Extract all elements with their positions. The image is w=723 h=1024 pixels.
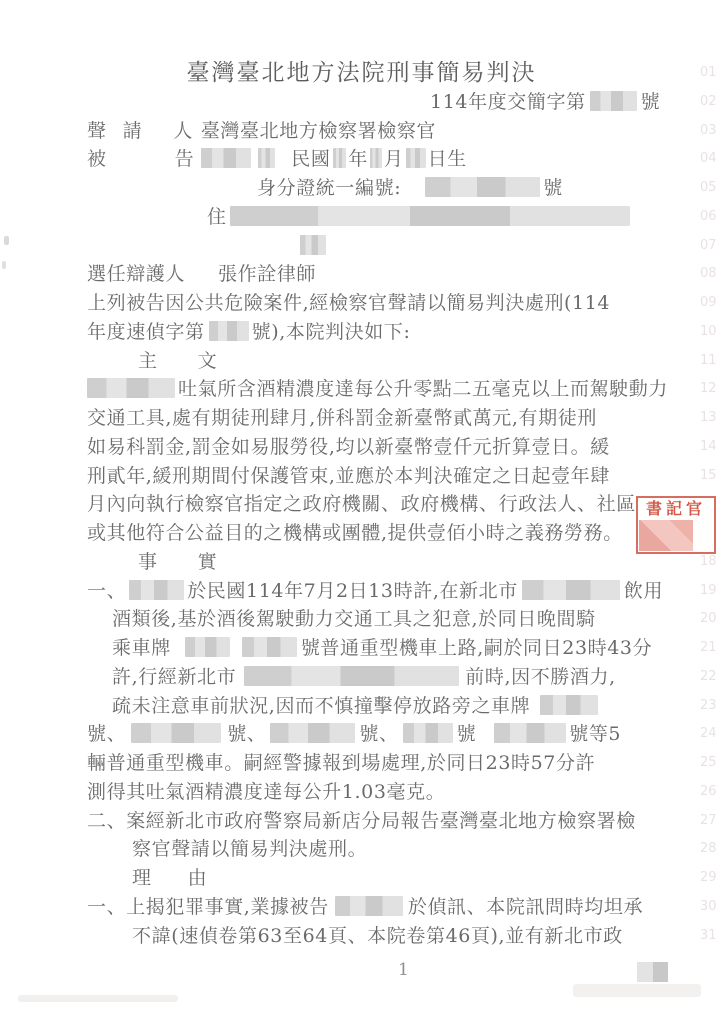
line-number: 30 — [700, 893, 717, 922]
redaction-block — [258, 148, 275, 168]
text-segment: 號 — [641, 91, 661, 113]
spacer — [107, 135, 123, 137]
text-segment: 年 — [348, 148, 368, 170]
doc-line-10: 年度速偵字第號),本院判決如下:10 — [0, 318, 723, 347]
doc-line-26: 測得其吐氣酒精濃度達每公升1.03毫克。26 — [0, 778, 723, 807]
line-number: 26 — [700, 778, 717, 807]
redaction-block — [370, 148, 382, 168]
text-segment: 一、上揭犯罪事實,業據被告 — [87, 896, 329, 918]
text-segment: 請 — [123, 120, 143, 142]
text-segment: 察官聲請以簡易判決處刑。 — [132, 838, 367, 860]
text-segment: 選任辯護人 — [87, 263, 185, 285]
doc-line-20: 酒類後,基於酒後駕駛動力交通工具之犯意,於同日晚間騎20 — [0, 605, 723, 634]
text-segment: 張作詮律師 — [218, 263, 316, 285]
line-number: 10 — [700, 318, 717, 347]
doc-line-31: 不諱(速偵卷第63至64頁、本院卷第46頁),並有新北市政31 — [0, 922, 723, 951]
text-segment: 號 — [457, 723, 477, 745]
text-segment: 飲用 — [624, 580, 663, 602]
doc-line-15: 刑貳年,緩刑期間付保護管束,並應於本判決確定之日起壹年肆15 — [0, 462, 723, 491]
redaction-block — [522, 580, 620, 600]
line-number: 01 — [700, 59, 717, 88]
redaction-block — [242, 637, 297, 657]
text-segment: 號普通重型機車上路,嗣於同日23時43分 — [301, 637, 652, 659]
line-number: 21 — [700, 634, 717, 663]
clerk-stamp: 書記官 — [636, 496, 716, 554]
doc-line-22: 許,行經新北市前時,因不勝酒力,22 — [0, 663, 723, 692]
doc-line-16: 月內向執行檢察官指定之政府機關、政府機構、行政法人、社區 — [0, 490, 723, 519]
text-segment: 114年度交簡字第 — [430, 91, 586, 113]
line-number: 06 — [700, 203, 717, 232]
redaction-block — [425, 177, 540, 197]
text-segment: 民國 — [291, 148, 330, 170]
line-number: 22 — [700, 663, 717, 692]
text-segment: 不諱(速偵卷第63至64頁、本院卷第46頁),並有新北市政 — [132, 925, 623, 947]
doc-line-27: 二、案經新北市政府警察局新店分局報告臺灣臺北地方檢察署檢27 — [0, 807, 723, 836]
line-number: 27 — [700, 807, 717, 836]
text-segment: 號、 — [87, 723, 126, 745]
text-segment: 主 — [138, 350, 158, 372]
redaction-block — [201, 148, 251, 168]
line-number: 28 — [700, 835, 717, 864]
doc-line-17: 或其他符合公益目的之機構或團體,提供壹佰小時之義務勞務。 — [0, 519, 723, 548]
judgment-page: 臺灣臺北地方法院刑事簡易判決01114年度交簡字第號02聲請人臺灣臺北地方檢察署… — [0, 0, 723, 1024]
line-number: 02 — [700, 88, 717, 117]
text-segment: 乘車牌 — [112, 637, 171, 659]
text-segment: 告 — [175, 148, 195, 170]
text-segment: 身分證統一編號: — [257, 177, 401, 199]
redaction-block — [270, 723, 355, 743]
clerk-stamp-label: 書記官 — [638, 499, 714, 519]
spacer — [142, 135, 173, 137]
redaction-block — [403, 723, 453, 743]
line-number: 20 — [700, 605, 717, 634]
doc-line-13: 交通工具,處有期徒刑肆月,併科罰金新臺幣貳萬元,有期徒刑13 — [0, 404, 723, 433]
text-segment: 實 — [198, 551, 218, 573]
text-segment: 號、 — [359, 723, 398, 745]
text-segment: 刑貳年,緩刑期間付保護管束,並應於本判決確定之日起壹年肆 — [87, 465, 610, 487]
clerk-stamp-redaction — [639, 520, 693, 551]
line-number: 24 — [700, 720, 717, 749]
text-segment: 於民國114年7月2日13時許,在新北市 — [187, 580, 518, 602]
line-number: 19 — [700, 577, 717, 606]
line-number: 08 — [700, 260, 717, 289]
spacer — [158, 365, 198, 367]
text-segment: 月 — [384, 148, 404, 170]
text-segment: 如易科罰金,罰金如易服勞役,均以新臺幣壹仟元折算壹日。緩 — [87, 436, 610, 458]
redaction-block — [129, 580, 184, 600]
text-segment: 一、 — [87, 580, 126, 602]
text-segment: 聲 — [87, 120, 107, 142]
redaction-block — [300, 235, 326, 255]
doc-line-18: 事實18 — [0, 548, 723, 577]
text-segment: 人 — [173, 120, 193, 142]
text-segment: 號等5 — [569, 723, 621, 745]
text-segment: 理 — [132, 867, 152, 889]
doc-line-07: 07 — [0, 232, 723, 261]
doc-line-05: 身分證統一編號:號05 — [0, 174, 723, 203]
scan-speck — [4, 236, 9, 245]
spacer — [194, 163, 201, 165]
spacer — [251, 163, 258, 165]
spacer — [329, 911, 335, 913]
spacer — [107, 163, 175, 165]
text-segment: 吐氣所含酒精濃度達每公升零點二五毫克以上而駕駛動力 — [178, 378, 668, 400]
redaction-block — [406, 148, 426, 168]
text-segment: 酒類後,基於酒後駕駛動力交通工具之犯意,於同日晚間騎 — [112, 608, 596, 630]
doc-line-23: 疏未注意車前狀況,因而不慎撞擊停放路旁之車牌23 — [0, 692, 723, 721]
redaction-block — [87, 378, 175, 398]
text-segment: 疏未注意車前狀況,因而不慎撞擊停放路旁之車牌 — [112, 695, 530, 717]
doc-line-21: 乘車牌號普通重型機車上路,嗣於同日23時43分21 — [0, 634, 723, 663]
doc-line-01: 臺灣臺北地方法院刑事簡易判決01 — [0, 59, 723, 88]
doc-line-03: 聲請人臺灣臺北地方檢察署檢察官03 — [0, 117, 723, 146]
line-number: 07 — [700, 232, 717, 261]
text-segment: 日生 — [428, 148, 467, 170]
text-segment: 號、 — [227, 723, 266, 745]
document-lines: 臺灣臺北地方法院刑事簡易判決01114年度交簡字第號02聲請人臺灣臺北地方檢察署… — [0, 59, 723, 950]
redaction-block — [230, 206, 630, 226]
line-number: 15 — [700, 462, 717, 491]
line-number: 14 — [700, 433, 717, 462]
spacer — [230, 652, 242, 654]
line-number: 23 — [700, 692, 717, 721]
page-number: 1 — [398, 960, 409, 980]
line-number: 29 — [700, 864, 717, 893]
redaction-block — [185, 637, 230, 657]
text-segment: 或其他符合公益目的之機構或團體,提供壹佰小時之義務勞務。 — [87, 522, 623, 544]
line-number: 12 — [700, 375, 717, 404]
text-segment: 上列被告因公共危險案件,經檢察官聲請以簡易判決處刑(114 — [87, 292, 610, 314]
spacer — [530, 710, 540, 712]
spacer — [171, 652, 185, 654]
doc-line-14: 如易科罰金,罰金如易服勞役,均以新臺幣壹仟元折算壹日。緩14 — [0, 433, 723, 462]
doc-line-25: 輛普通重型機車。嗣經警據報到場處理,於同日23時57分許25 — [0, 749, 723, 778]
text-segment: 輛普通重型機車。嗣經警據報到場處理,於同日23時57分許 — [87, 752, 595, 774]
redaction-block — [540, 695, 598, 715]
doc-line-30: 一、上揭犯罪事實,業據被告於偵訊、本院訊問時均坦承30 — [0, 893, 723, 922]
bottom-right-smudge — [573, 984, 701, 997]
line-number: 04 — [700, 145, 717, 174]
line-number: 13 — [700, 404, 717, 433]
scan-speck — [2, 261, 6, 269]
text-segment: 測得其吐氣酒精濃度達每公升1.03毫克。 — [87, 781, 445, 803]
redaction-block — [209, 321, 249, 341]
doc-line-06: 住06 — [0, 203, 723, 232]
redaction-block — [333, 148, 346, 168]
redaction-block — [244, 666, 459, 686]
redaction-block — [131, 723, 221, 743]
doc-line-02: 114年度交簡字第號02 — [0, 88, 723, 117]
line-number: 31 — [700, 922, 717, 951]
doc-line-24: 號、號、號、號號等524 — [0, 720, 723, 749]
text-segment: 被 — [87, 148, 107, 170]
redaction-block — [335, 896, 403, 916]
text-segment: 二、案經新北市政府警察局新店分局報告臺灣臺北地方檢察署檢 — [87, 810, 636, 832]
text-segment: 事 — [138, 551, 158, 573]
doc-line-29: 理由29 — [0, 864, 723, 893]
redaction-block — [494, 723, 566, 743]
doc-line-19: 一、於民國114年7月2日13時許,在新北市飲用19 — [0, 577, 723, 606]
doc-line-04: 被告民國年月日生04 — [0, 145, 723, 174]
bottom-left-smudge — [18, 995, 178, 1002]
spacer — [401, 192, 425, 194]
line-number: 25 — [700, 749, 717, 778]
text-segment: 年度速偵字第 — [87, 321, 205, 343]
spacer — [158, 566, 198, 568]
line-number: 09 — [700, 289, 717, 318]
spacer — [275, 163, 291, 165]
doc-line-12: 吐氣所含酒精濃度達每公升零點二五毫克以上而駕駛動力12 — [0, 375, 723, 404]
doc-line-08: 選任辯護人張作詮律師08 — [0, 260, 723, 289]
redaction-block — [590, 91, 637, 111]
bottom-right-redaction — [637, 962, 668, 982]
line-number: 03 — [700, 117, 717, 146]
text-segment: 於偵訊、本院訊問時均坦承 — [408, 896, 643, 918]
text-segment: 號 — [543, 177, 563, 199]
text-segment: 號),本院判決如下: — [252, 321, 411, 343]
spacer — [185, 278, 218, 280]
text-segment: 交通工具,處有期徒刑肆月,併科罰金新臺幣貳萬元,有期徒刑 — [87, 407, 597, 429]
spacer — [193, 135, 201, 137]
text-segment: 由 — [188, 867, 208, 889]
doc-line-11: 主文11 — [0, 347, 723, 376]
text-segment: 臺灣臺北地方法院刑事簡易判決 — [187, 60, 537, 86]
doc-line-09: 上列被告因公共危險案件,經檢察官聲請以簡易判決處刑(11409 — [0, 289, 723, 318]
doc-line-28: 察官聲請以簡易判決處刑。28 — [0, 835, 723, 864]
text-segment: 住 — [207, 206, 227, 228]
line-number: 11 — [700, 347, 717, 376]
text-segment: 文 — [198, 350, 218, 372]
text-segment: 月內向執行檢察官指定之政府機關、政府機構、行政法人、社區 — [87, 493, 636, 515]
spacer — [236, 681, 244, 683]
text-segment: 前時,因不勝酒力, — [465, 666, 615, 688]
spacer — [476, 738, 494, 740]
text-segment: 臺灣臺北地方檢察署檢察官 — [201, 120, 436, 142]
text-segment: 許,行經新北市 — [112, 666, 236, 688]
spacer — [152, 882, 188, 884]
line-number: 05 — [700, 174, 717, 203]
